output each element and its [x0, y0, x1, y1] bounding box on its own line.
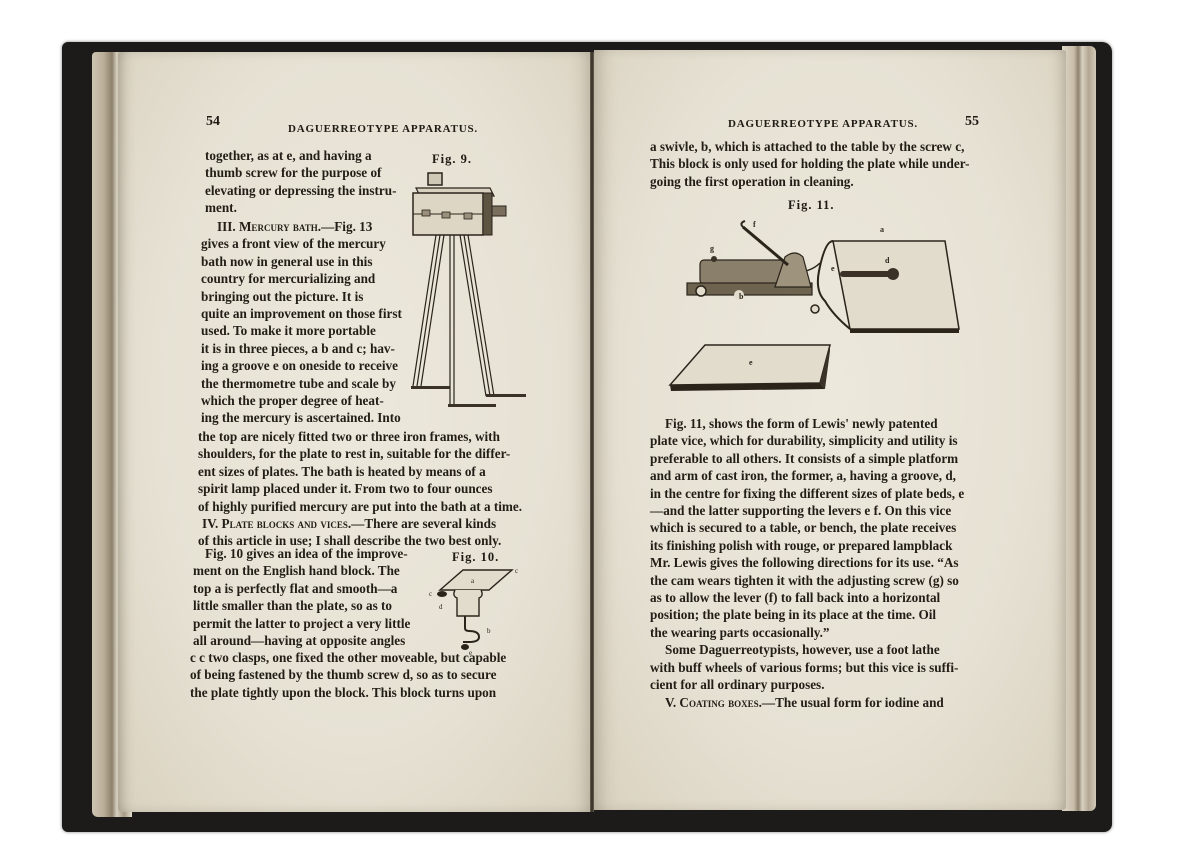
figure-11-label: Fig. 11.: [788, 198, 835, 213]
figure-10-hand-block-icon: a b c c d e: [425, 565, 525, 655]
running-head-right: DAGUERREOTYPE APPARATUS.: [728, 118, 918, 130]
section-heading-mercury-bath: III. Mercury bath.: [217, 219, 321, 234]
section-heading-coating-boxes: V. Coating boxes.: [665, 695, 762, 710]
text-line: it is in three pieces, a b and c; hav-: [201, 340, 403, 357]
text-line: gives a front view of the mercury: [201, 235, 403, 252]
left-para-4-narrow: Fig. 10 gives an idea of the improve- me…: [193, 545, 415, 649]
text-line: spirit lamp placed under it. From two to…: [198, 480, 526, 497]
running-head-left: DAGUERREOTYPE APPARATUS.: [288, 123, 478, 135]
text-line: shoulders, for the plate to rest in, sui…: [198, 445, 526, 462]
text-line: —The usual form for iodine and: [762, 695, 944, 710]
text-line: Some Daguerreotypists, however, use a fo…: [650, 641, 980, 658]
text-line: —and the latter supporting the levers e …: [650, 502, 980, 519]
text-line: little smaller than the plate, so as to: [193, 597, 415, 614]
text-line: the cam wears tighten it with the adjust…: [650, 572, 980, 589]
text-line: country for mercurializing and: [201, 270, 403, 287]
text-line: Fig. 10 gives an idea of the improve-: [193, 545, 415, 562]
figure-9-camera-tripod-icon: [408, 168, 528, 413]
left-para-1: together, as at e, and having a thumb sc…: [205, 147, 405, 217]
left-para-4-wide: c c two clasps, one fixed the other move…: [190, 649, 520, 701]
right-para-1: a swivle, b, which is attached to the ta…: [650, 138, 980, 190]
page-number-left: 54: [206, 114, 220, 130]
section-heading-plate-blocks: IV. Plate blocks and vices.: [202, 516, 351, 531]
text-line: thumb screw for the purpose of: [205, 164, 405, 181]
text-line: its finishing polish with rouge, or prep…: [650, 537, 980, 554]
text-line: ing a groove e on oneside to receive: [201, 357, 403, 374]
right-para-2: Fig. 11, shows the form of Lewis' newly …: [650, 415, 980, 711]
text-line: ment on the English hand block. The: [193, 562, 415, 579]
text-line: which is secured to a table, or bench, t…: [650, 519, 980, 536]
text-line: preferable to all others. It consists of…: [650, 450, 980, 467]
text-line: —Fig. 13: [321, 219, 372, 234]
text-line: in the centre for fixing the different s…: [650, 485, 980, 502]
svg-text:d: d: [885, 256, 890, 265]
section-heading-line: III. Mercury bath.—Fig. 13: [201, 218, 403, 235]
svg-text:e: e: [469, 649, 472, 655]
svg-text:e: e: [749, 358, 753, 367]
text-line: together, as at e, and having a: [205, 147, 405, 164]
text-line: —There are several kinds: [351, 516, 496, 531]
text-line: which the proper degree of heat-: [201, 392, 403, 409]
svg-text:b: b: [739, 292, 744, 301]
text-line: the wearing parts occasionally.”: [650, 624, 980, 641]
text-line: of highly purified mercury are put into …: [198, 498, 526, 515]
svg-text:d: d: [439, 603, 443, 611]
figure-11-plate-vice-icon: a b d e e f g: [665, 215, 965, 410]
text-line: This block is only used for holding the …: [650, 155, 980, 172]
page-edges-right: [1062, 46, 1096, 811]
text-line: ent sizes of plates. The bath is heated …: [198, 463, 526, 480]
text-line: a swivle, b, which is attached to the ta…: [650, 138, 980, 155]
text-line: ing the mercury is ascertained. Into: [201, 409, 403, 426]
text-line: with buff wheels of various forms; but t…: [650, 659, 980, 676]
text-line: bath now in general use in this: [201, 253, 403, 270]
text-line: of being fastened by the thumb screw d, …: [190, 666, 520, 683]
text-line: the plate tightly upon the block. This b…: [190, 684, 520, 701]
text-line: and arm of cast iron, the former, a, hav…: [650, 467, 980, 484]
svg-text:e: e: [831, 264, 835, 273]
section-heading-line: V. Coating boxes.—The usual form for iod…: [650, 694, 980, 711]
svg-text:c: c: [515, 567, 518, 575]
figure-10-label: Fig. 10.: [452, 550, 499, 565]
text-line: ment.: [205, 199, 405, 216]
text-line: Fig. 11, shows the form of Lewis' newly …: [650, 415, 980, 432]
text-line: Mr. Lewis gives the following directions…: [650, 554, 980, 571]
text-line: used. To make it more portable: [201, 322, 403, 339]
text-line: position; the plate being in its place a…: [650, 606, 980, 623]
text-line: plate vice, which for durability, simpli…: [650, 432, 980, 449]
figure-9-label: Fig. 9.: [432, 152, 472, 167]
svg-text:a: a: [880, 225, 884, 234]
svg-text:f: f: [753, 220, 756, 229]
text-line: bringing out the picture. It is: [201, 288, 403, 305]
svg-text:c: c: [429, 590, 432, 598]
text-line: top a is perfectly flat and smooth—a: [193, 580, 415, 597]
svg-text:g: g: [710, 244, 714, 253]
left-para-2-narrow: III. Mercury bath.—Fig. 13 gives a front…: [201, 218, 403, 427]
text-line: quite an improvement on those first: [201, 305, 403, 322]
left-para-2-wide: the top are nicely fitted two or three i…: [198, 428, 526, 550]
text-line: going the first operation in cleaning.: [650, 173, 980, 190]
text-line: permit the latter to project a very litt…: [193, 615, 415, 632]
text-line: elevating or depressing the instru-: [205, 182, 405, 199]
text-line: as to allow the lever (f) to fall back i…: [650, 589, 980, 606]
page-number-right: 55: [965, 114, 979, 130]
text-line: the top are nicely fitted two or three i…: [198, 428, 526, 445]
svg-text:b: b: [487, 627, 491, 635]
text-line: the thermometre tube and scale by: [201, 375, 403, 392]
section-heading-line: IV. Plate blocks and vices.—There are se…: [198, 515, 526, 532]
text-line: all around—having at opposite angles: [193, 632, 415, 649]
text-line: cient for all ordinary purposes.: [650, 676, 980, 693]
